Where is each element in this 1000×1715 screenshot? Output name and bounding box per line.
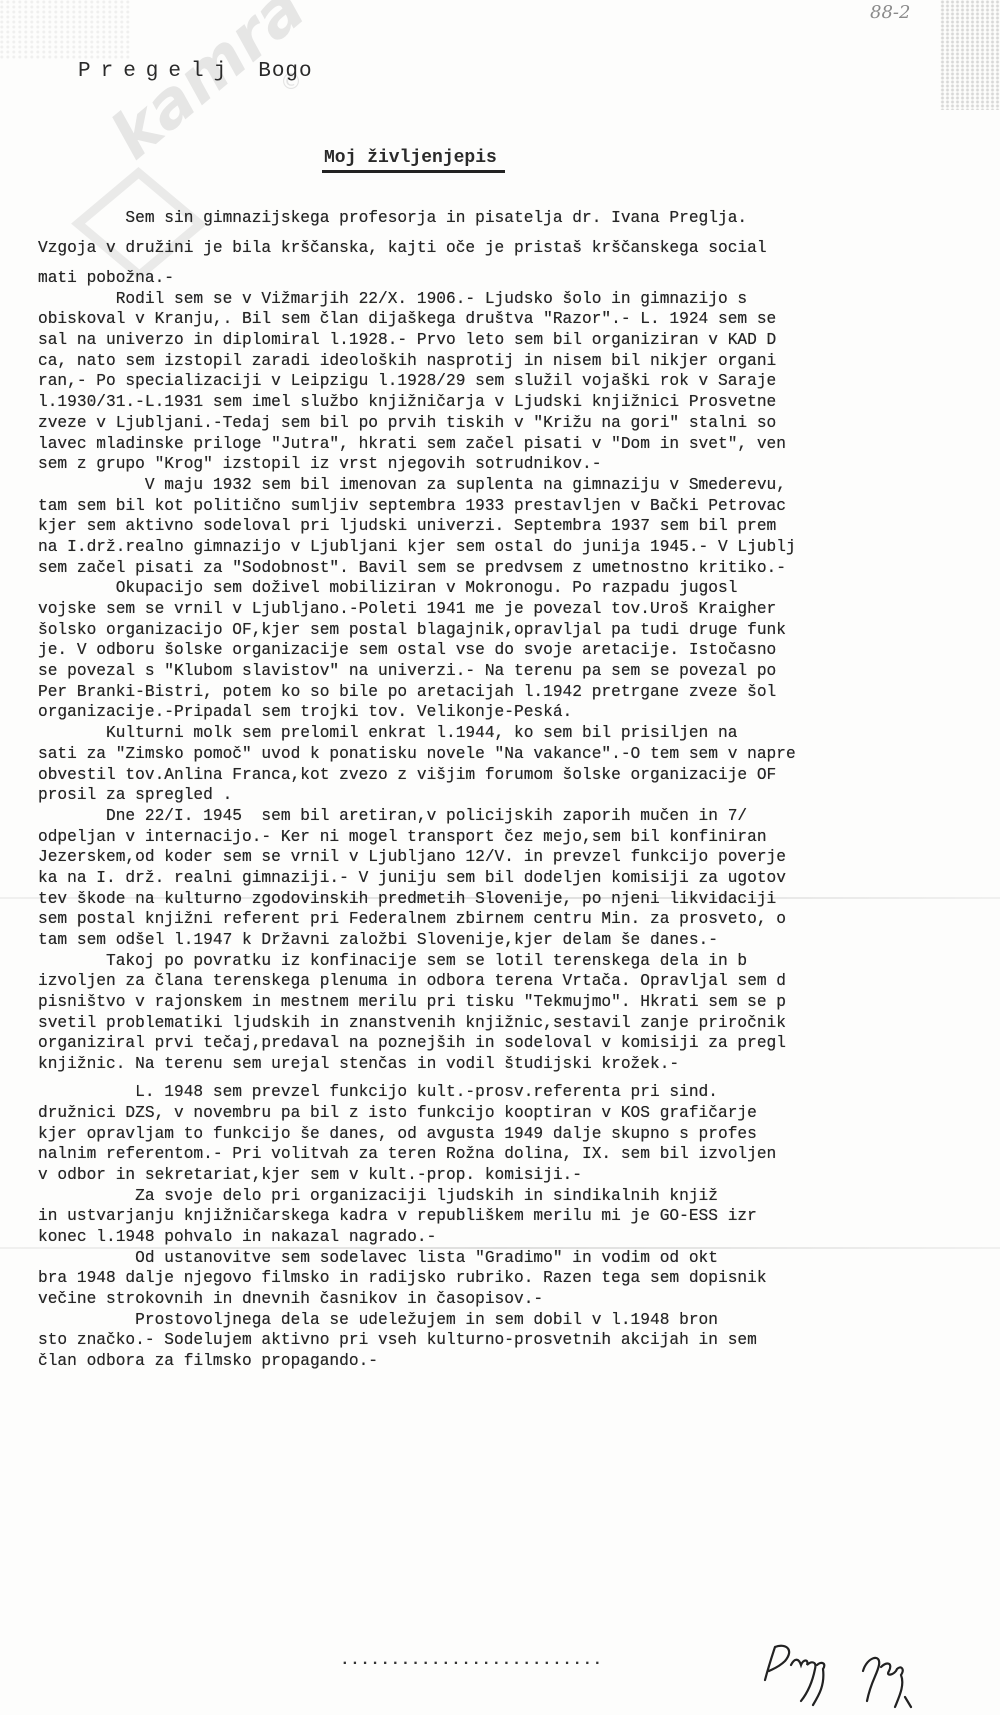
text-line: Takoj po povratku iz konfinacije sem se … — [38, 951, 998, 972]
watermark-text: kamra — [97, 0, 319, 174]
text-line: sal na univerzo in diplomiral l.1928.- P… — [38, 330, 998, 351]
text-line: se povezal s "Klubom slavistov" na unive… — [38, 661, 998, 682]
text-line: na I.drž.realno gimnazijo v Ljubljani kj… — [38, 537, 998, 558]
text-line: zveze v Ljubljani.-Tedaj sem bil po prvi… — [38, 413, 998, 434]
text-line: šolsko organizacijo OF,kjer sem postal b… — [38, 620, 998, 641]
text-line: L. 1948 sem prevzel funkcijo kult.-prosv… — [38, 1082, 998, 1103]
author-name: PregeljBogo — [78, 60, 313, 83]
text-line: Per Branki-Bistri, potem ko so bile po a… — [38, 682, 998, 703]
text-line: in ustvarjanju knjižničarskega kadra v r… — [38, 1206, 998, 1227]
text-line: sem začel pisati za "Sodobnost". Bavil s… — [38, 558, 998, 579]
handwritten-signature-icon — [755, 1635, 955, 1710]
scan-noise — [940, 0, 1000, 110]
text-line: obiskoval v Kranju,. Bil sem član dijašk… — [38, 309, 998, 330]
text-line: Vzgoja v družini je bila krščanska, kajt… — [38, 238, 998, 268]
text-line: Za svoje delo pri organizaciji ljudskih … — [38, 1186, 998, 1207]
text-line: tam sem odšel l.1947 k Državni založbi S… — [38, 930, 998, 951]
text-line: svetil problematiki ljudskih in znanstve… — [38, 1013, 998, 1034]
paper-fold — [0, 897, 1000, 899]
text-line: l.1930/31.-L.1931 sem imel službo knjižn… — [38, 392, 998, 413]
text-line: Prostovoljnega dela se udeležujem in sem… — [38, 1310, 998, 1331]
text-line: član odbora za filmsko propagando.- — [38, 1351, 998, 1372]
text-line: vojske sem se vrnil v Ljubljano.-Poleti … — [38, 599, 998, 620]
text-line: pisništvo v rajonskem in mestnem merilu … — [38, 992, 998, 1013]
text-line: nalnim referentom.- Pri volitvah za tere… — [38, 1144, 998, 1165]
text-line: Okupacijo sem doživel mobiliziran v Mokr… — [38, 578, 998, 599]
text-line: Kulturni molk sem prelomil enkrat l.1944… — [38, 723, 998, 744]
text-line: je. V odboru šolske organizacije sem ost… — [38, 640, 998, 661]
document-page: 88-2 kamra © PregeljBogo Moj življenjepi… — [0, 0, 1000, 1715]
text-line: družnici DZS, v novembru pa bil z isto f… — [38, 1103, 998, 1124]
text-line: sto značko.- Sodelujem aktivno pri vseh … — [38, 1330, 998, 1351]
text-line: kjer sem aktivno sodeloval pri ljudski u… — [38, 516, 998, 537]
text-line: prosil za spregled . — [38, 785, 998, 806]
text-line: tam sem bil kot politično sumljiv septem… — [38, 496, 998, 517]
text-line: lavec mladinske priloge "Jutra", hkrati … — [38, 434, 998, 455]
text-line: Rodil sem se v Vižmarjih 22/X. 1906.- Lj… — [38, 289, 998, 310]
text-line: večine strokovnih in dnevnih časnikov in… — [38, 1289, 998, 1310]
text-line: bra 1948 dalje njegovo filmsko in radijs… — [38, 1268, 998, 1289]
text-line: Jezerskem,od koder sem se vrnil v Ljublj… — [38, 847, 998, 868]
handwritten-archive-number: 88-2 — [870, 2, 910, 23]
text-line: V maju 1932 sem bil imenovan za suplenta… — [38, 475, 998, 496]
text-line: Sem sin gimnazijskega profesorja in pisa… — [38, 208, 998, 238]
text-line: obvestil tov.Anlina Franca,kot zvezo z v… — [38, 765, 998, 786]
paper-fold — [0, 1247, 1000, 1249]
text-line: Od ustanovitve sem sodelavec lista "Grad… — [38, 1248, 998, 1269]
text-line: izvoljen za člana terenskega plenuma in … — [38, 971, 998, 992]
text-line: ka na I. drž. realni gimnaziji.- V junij… — [38, 868, 998, 889]
text-line: Dne 22/I. 1945 sem bil aretiran,v polici… — [38, 806, 998, 827]
text-line: knjižnic. Na terenu sem urejal stenčas i… — [38, 1054, 998, 1082]
text-line: konec l.1948 pohvalo in nakazal nagrado.… — [38, 1227, 998, 1248]
text-line: sem z grupo "Krog" izstopil iz vrst njeg… — [38, 454, 998, 475]
text-line: kjer opravljam to funkcijo še danes, od … — [38, 1124, 998, 1145]
text-line: sati za "Zimsko pomoč" uvod k ponatisku … — [38, 744, 998, 765]
text-line: organizacije.-Pripadal sem trojki tov. V… — [38, 702, 998, 723]
text-line: sem postal knjižni referent pri Federaln… — [38, 909, 998, 930]
text-line: ca, nato sem izstopil zaradi ideoloških … — [38, 351, 998, 372]
text-line: organiziral prvi tečaj,predaval na pozne… — [38, 1033, 998, 1054]
scan-noise — [0, 0, 130, 60]
text-line: mati pobožna.- — [38, 268, 998, 289]
signature — [755, 1635, 955, 1710]
document-title: Moj življenjepis — [322, 148, 505, 173]
text-line: odpeljan v internacijo.- Ker ni mogel tr… — [38, 827, 998, 848]
author-given-name: Bogo — [258, 60, 312, 83]
text-line: ran,- Po specializaciji v Leipzigu l.192… — [38, 371, 998, 392]
author-surname: Pregelj — [78, 60, 236, 83]
text-line: v odbor in sekretariat,kjer sem v kult.-… — [38, 1165, 998, 1186]
signature-line: .......................... — [340, 1651, 603, 1669]
document-body: Sem sin gimnazijskega profesorja in pisa… — [38, 208, 998, 1372]
